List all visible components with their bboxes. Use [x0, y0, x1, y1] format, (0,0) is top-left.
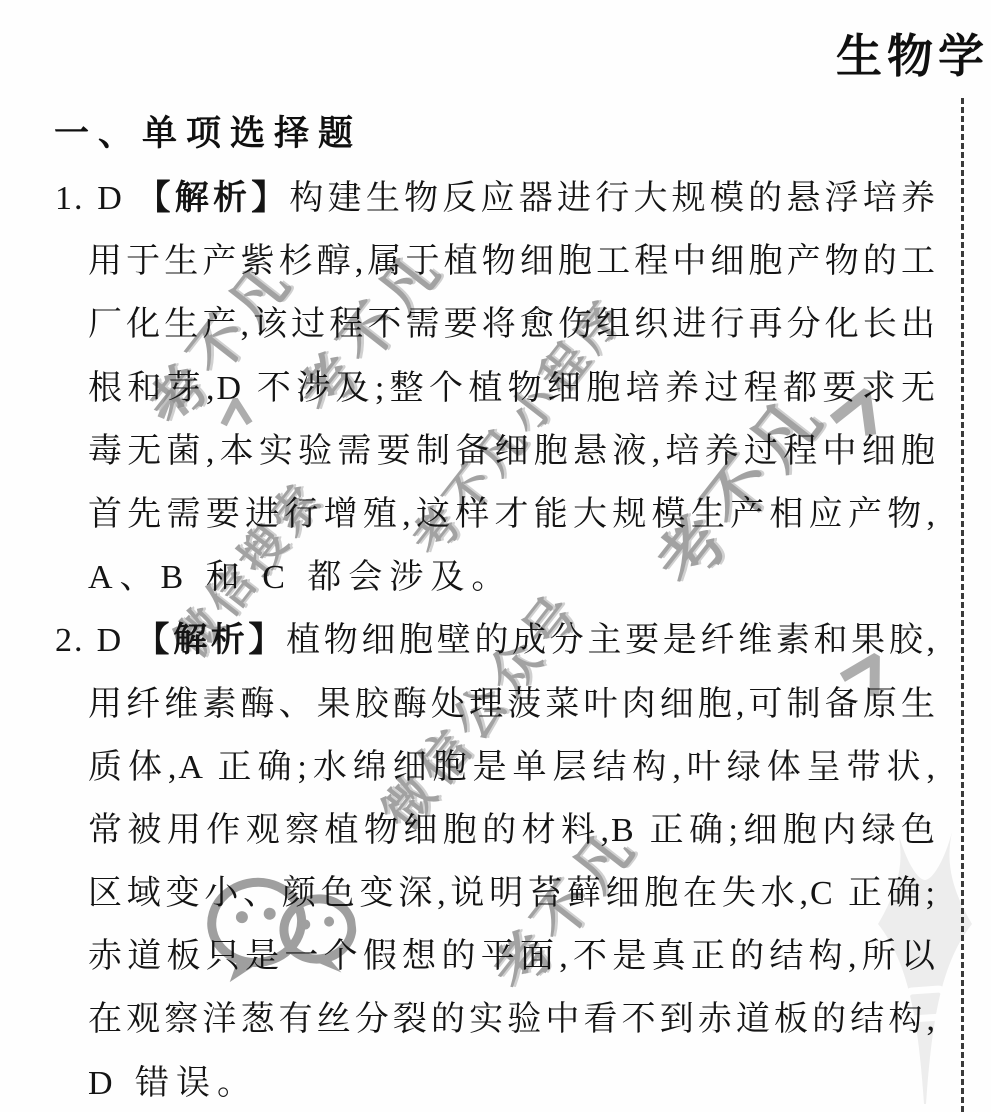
q1-explanation-line: 首先需要进行增殖,这样才能大规模生产相应产物, [88, 483, 937, 546]
q2-explanation-line: 赤道板只是一个假想的平面,不是真正的结构,所以 [88, 925, 937, 988]
q1-analysis-label: 【解析】 [137, 179, 290, 217]
q1-answer-line: 1. D 【解析】构建生物反应器进行大规模的悬浮培养 [88, 167, 937, 230]
q2-explanation-text: 植物细胞壁的成分主要是纤维素和果胶, [286, 622, 937, 659]
answer-explanations: 1. D 【解析】构建生物反应器进行大规模的悬浮培养 用于生产紫杉醇,属于植物细… [88, 167, 937, 1112]
q2-analysis-label: 【解析】 [135, 621, 286, 659]
q1-explanation-line: 根和芽,D 不涉及;整个植物细胞培养过程都要求无 [88, 357, 937, 420]
q2-explanation-line: 质体,A 正确;水绵细胞是单层结构,叶绿体呈带状, [88, 736, 937, 799]
section-heading: 一、单项选择题 [54, 106, 362, 156]
page-title: 生物学 [836, 20, 989, 86]
q2-explanation-line: 用纤维素酶、果胶酶处理菠菜叶肉细胞,可制备原生 [88, 673, 937, 736]
q2-explanation-line: D 错误。 [88, 1052, 937, 1112]
q1-explanation-line: 用于生产紫杉醇,属于植物细胞工程中细胞产物的工 [88, 230, 937, 293]
q2-explanation-line: 区域变小、颜色变深,说明苔藓细胞在失水,C 正确; [88, 862, 937, 925]
q1-number-answer: 1. D [55, 180, 137, 217]
q1-explanation-line: A、B 和 C 都会涉及。 [88, 546, 937, 609]
q2-explanation-line: 在观察洋葱有丝分裂的实验中看不到赤道板的结构, [88, 988, 937, 1051]
q2-answer-line: 2. D 【解析】植物细胞壁的成分主要是纤维素和果胶, [88, 609, 937, 672]
q1-explanation-line: 毒无菌,本实验需要制备细胞悬液,培养过程中细胞 [88, 420, 937, 483]
q2-explanation-line: 常被用作观察植物细胞的材料,B 正确;细胞内绿色 [88, 799, 937, 862]
q1-explanation-line: 厂化生产,该过程不需要将愈伤组织进行再分化长出 [88, 293, 937, 356]
q2-number-answer: 2. D [55, 622, 135, 659]
q1-explanation-text: 构建生物反应器进行大规模的悬浮培养 [289, 180, 937, 217]
page-cut-dashed-line [961, 98, 964, 1112]
